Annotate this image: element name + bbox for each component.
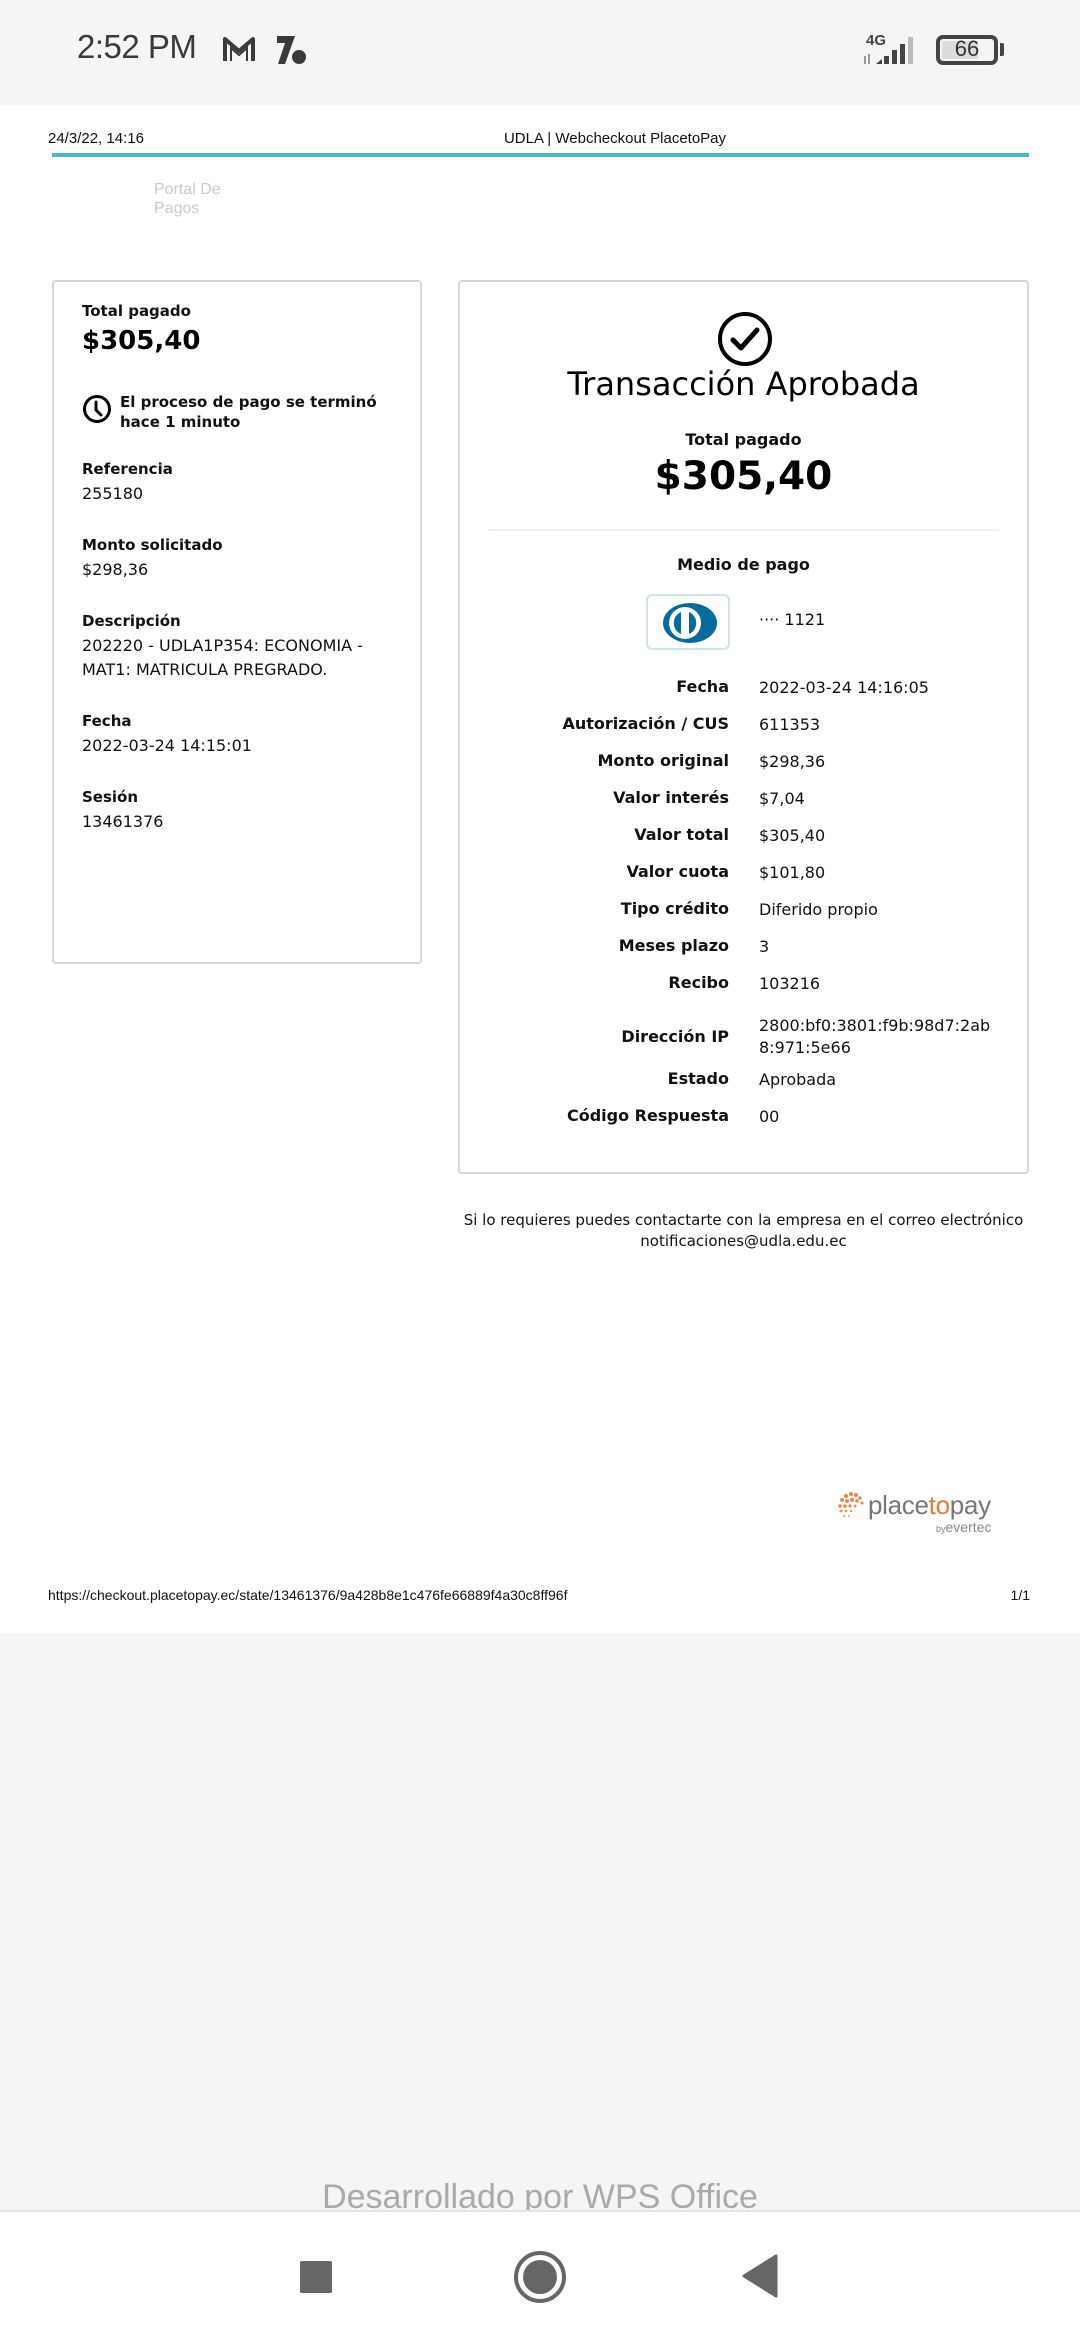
detail-value: 00 [759,1106,1004,1128]
wordmark-pay: pay [950,1490,991,1520]
check-circle-icon [717,311,773,367]
wordmark-to: to [929,1490,950,1520]
field-value-sesion: 13461376 [82,810,163,834]
header-accent-bar [52,153,1029,157]
detail-label: Estado [668,1069,729,1088]
contact-text: Si lo requieres puedes contactarte con l… [458,1210,1029,1231]
detail-label: Código Respuesta [567,1106,729,1125]
detail-value: 611353 [759,714,1004,736]
payment-summary-card: Total pagado $305,40 El proceso de pago … [52,280,422,964]
placetopay-logo: placetopay byevertec [836,1490,866,1524]
portal-logo: Portal De Pagos [154,180,224,218]
detail-label: Valor cuota [626,862,729,881]
field-value-monto-solicitado: $298,36 [82,558,148,582]
detail-label: Monto original [598,751,730,770]
byline-company: evertec [946,1519,992,1535]
clock-icon [82,394,112,424]
detail-value: $305,40 [759,825,1004,847]
detail-label: Meses plazo [619,936,729,955]
navigation-bar [0,2210,1080,2340]
detail-label: Valor total [634,825,729,844]
field-value-referencia: 255180 [82,482,143,506]
transaction-card: Transacción Aprobada Total pagado $305,4… [458,280,1029,1174]
transaction-total-label: Total pagado [460,430,1027,449]
payment-method-label: Medio de pago [460,555,1027,574]
detail-value: 2022-03-24 14:16:05 [759,677,1004,699]
detail-label: Autorización / CUS [563,714,730,733]
status-time: 2:52 PM [77,28,196,66]
field-value-descripcion: 202220 - UDLA1P354: ECONOMIA - MAT1: MAT… [82,634,382,682]
document-page: 24/3/22, 14:16 UDLA | Webcheckout Placet… [0,105,1080,1633]
wordmark-place: place [868,1490,929,1520]
battery-level: 66 [940,36,994,62]
print-footer-url: https://checkout.placetopay.ec/state/134… [48,1587,567,1603]
signal-icon [862,34,922,66]
battery-tip [1000,43,1004,56]
detail-value: $298,36 [759,751,1004,773]
divider [488,529,999,531]
card-brand-badge [646,594,730,650]
status-bar: 2:52 PM 4G 66 [0,0,1080,105]
field-value-fecha: 2022-03-24 14:15:01 [82,734,252,758]
placetopay-dots-icon [836,1490,866,1520]
summary-total-label: Total pagado [82,302,191,320]
detail-value: Aprobada [759,1069,1004,1091]
summary-total-value: $305,40 [82,326,200,356]
byline-by: by [936,1524,946,1534]
transaction-total-value: $305,40 [460,454,1027,499]
diners-club-icon [661,601,717,645]
print-header-title: UDLA | Webcheckout PlacetoPay [0,130,1080,147]
print-footer-page-number: 1/1 [1011,1587,1030,1603]
detail-value: $7,04 [759,788,1004,810]
card-number: ···· 1121 [759,610,825,629]
field-label-referencia: Referencia [82,460,173,478]
process-message-text: El proceso de pago se terminó hace 1 min… [120,392,410,432]
battery-icon: 66 [936,35,998,65]
field-label-monto-solicitado: Monto solicitado [82,536,223,554]
wps-watermark: Desarrollado por WPS Office [0,2178,1080,2212]
field-label-fecha: Fecha [82,712,132,730]
detail-label: Fecha [676,677,729,696]
field-label-sesion: Sesión [82,788,138,806]
contact-info: Si lo requieres puedes contactarte con l… [458,1210,1029,1252]
gmail-icon [222,34,256,64]
recents-button[interactable] [300,2261,332,2293]
evertec-byline: byevertec [936,1519,991,1535]
detail-label: Tipo crédito [621,899,729,918]
detail-value: $101,80 [759,862,1004,884]
detail-value: 2800:bf0:3801:f9b:98d7:2ab8:971:5e66 [759,1015,1004,1059]
detail-label: Recibo [668,973,729,992]
detail-value: 3 [759,936,1004,958]
back-button[interactable] [740,2254,780,2298]
home-button[interactable] [513,2250,567,2304]
detail-label: Dirección IP [621,1027,729,1046]
detail-value: Diferido propio [759,899,1004,921]
app-notification-icon [273,32,309,66]
placetopay-wordmark: placetopay [868,1490,991,1521]
contact-email[interactable]: notificaciones@udla.edu.ec [458,1231,1029,1252]
detail-label: Valor interés [613,788,729,807]
transaction-status-title: Transacción Aprobada [460,365,1027,403]
field-label-descripcion: Descripción [82,612,181,630]
detail-value: 103216 [759,973,1004,995]
